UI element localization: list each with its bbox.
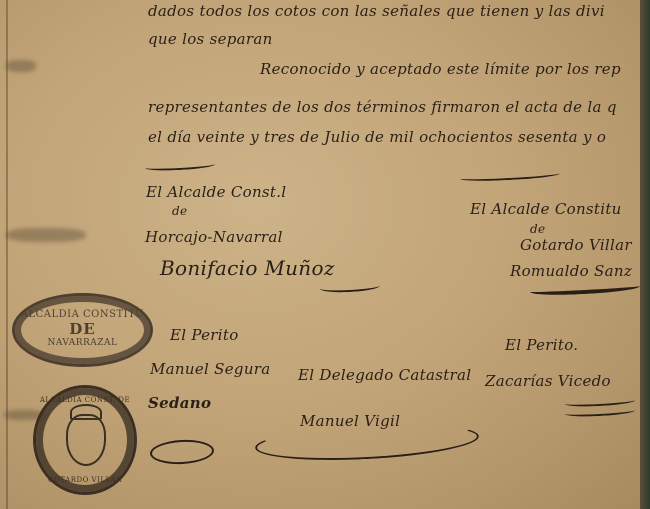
stamp-round-bottom: GOTARDO VILLAR bbox=[36, 476, 134, 484]
signature-rubric bbox=[530, 281, 640, 297]
signature-rubric bbox=[149, 438, 214, 465]
stamp-oval-line1: ALCALDIA CONSTITU bbox=[21, 309, 144, 320]
signature-rubric bbox=[565, 406, 635, 418]
ink-smudge bbox=[6, 228, 86, 242]
municipal-round-stamp: ALCALDIA CONST. DE GOTARDO VILLAR bbox=[33, 385, 137, 495]
left-mayor-title: El Alcalde Const.l bbox=[146, 183, 286, 201]
left-mayor-name: Bonifacio Muñoz bbox=[160, 256, 335, 280]
municipal-oval-stamp: ALCALDIA CONSTITU DE NAVARRAZAL bbox=[12, 293, 153, 367]
right-witness-title: El Perito. bbox=[505, 336, 578, 354]
coat-of-arms-icon bbox=[66, 414, 106, 466]
right-mayor-of: de bbox=[530, 222, 545, 236]
stamp-oval-line2: DE bbox=[69, 320, 95, 338]
signature-rubric bbox=[565, 396, 635, 408]
body-line-5: el día veinte y tres de Julio de mil och… bbox=[148, 128, 606, 146]
right-mayor-town: Gotardo Villar bbox=[520, 236, 632, 254]
delegate-title: El Delegado Catastral bbox=[298, 366, 471, 384]
flourish bbox=[145, 160, 215, 172]
left-mayor-of: de bbox=[172, 204, 187, 218]
left-witness-extra: Sedano bbox=[148, 394, 211, 412]
signature-rubric bbox=[320, 280, 380, 293]
page-margin-fold bbox=[6, 0, 8, 509]
signature-rubric bbox=[254, 419, 479, 465]
document-page: dados todos los cotos con las señales qu… bbox=[0, 0, 640, 509]
body-line-1: dados todos los cotos con las señales qu… bbox=[148, 2, 605, 20]
left-mayor-town: Horcajo-Navarral bbox=[145, 228, 283, 246]
body-line-4: representantes de los dos términos firma… bbox=[148, 98, 617, 116]
stamp-round-top: ALCALDIA CONST. DE bbox=[36, 396, 134, 404]
stamp-oval-line3: NAVARRAZAL bbox=[47, 338, 117, 348]
ink-smudge bbox=[6, 60, 36, 72]
body-line-2: que los separan bbox=[148, 30, 273, 48]
left-witness-title: El Perito bbox=[170, 326, 239, 344]
left-witness-name: Manuel Segura bbox=[150, 360, 271, 378]
background-edge bbox=[640, 0, 650, 509]
body-line-3: Reconocido y aceptado este límite por lo… bbox=[260, 60, 621, 78]
right-mayor-title: El Alcalde Constitu bbox=[470, 200, 622, 218]
right-mayor-name: Romualdo Sanz bbox=[510, 262, 632, 280]
right-witness-name: Zacarías Vicedo bbox=[485, 372, 611, 390]
flourish bbox=[460, 169, 560, 182]
